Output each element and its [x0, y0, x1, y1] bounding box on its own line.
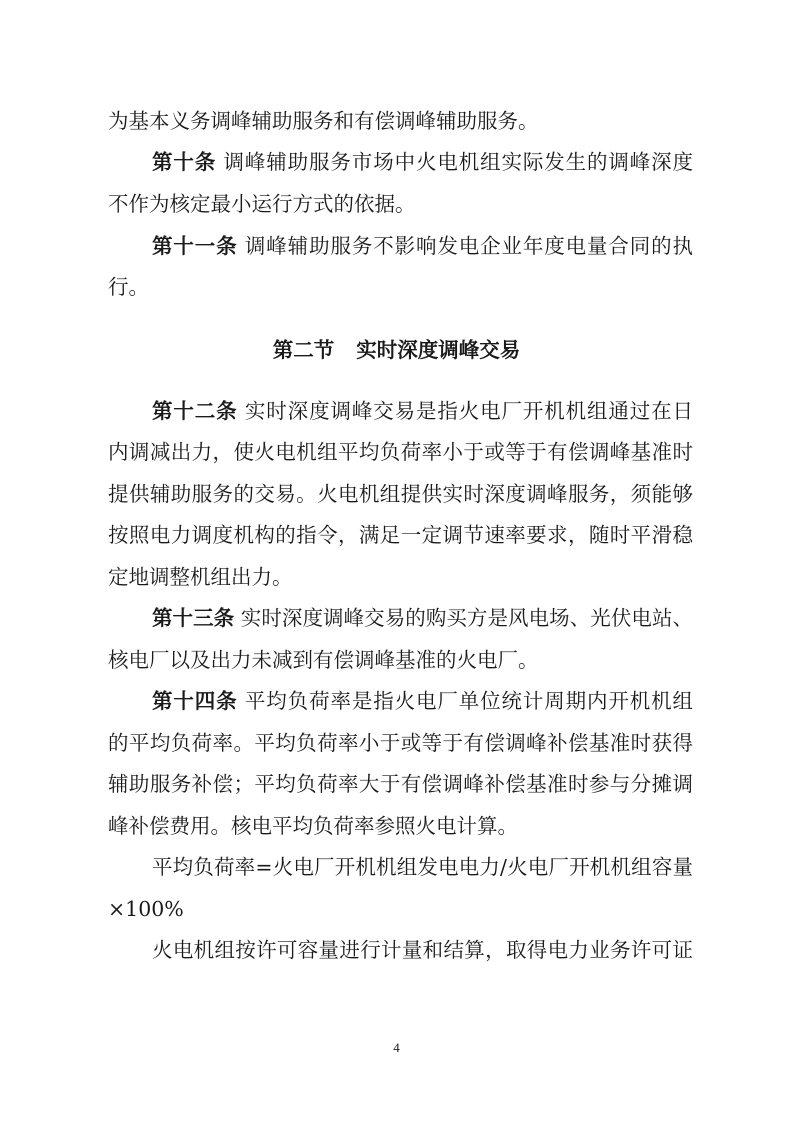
line-text: 辅助服务补偿；平均负荷率大于有偿调峰补偿基准时参与分摊调 [108, 772, 693, 796]
formula-continuation: ×100% [108, 895, 693, 923]
line-text: 定地调整机组出力。 [108, 565, 293, 589]
paragraph-line: 峰补偿费用。核电平均负荷率参照火电计算。 [108, 812, 693, 840]
line-text: 核电厂以及出力未减到有偿调峰基准的火电厂。 [108, 648, 539, 672]
paragraph-line: 火电机组按许可容量进行计量和结算，取得电力业务许可证 [152, 936, 693, 964]
formula-text: 平均负荷率=火电厂开机机组发电电力/火电厂开机机组容量 [152, 855, 693, 879]
section-number: 第二节 [273, 338, 335, 362]
line-text: 按照电力调度机构的指令，满足一定调节速率要求，随时平滑稳 [108, 523, 693, 547]
paragraph-line: 不作为核定最小运行方式的依据。 [108, 190, 693, 218]
line-text: 内调减出力，使火电机组平均负荷率小于或等于有偿调峰基准时 [108, 440, 693, 464]
article-13-line: 第十三条 实时深度调峰交易的购买方是风电场、光伏电站、 [152, 604, 693, 632]
article-label: 第十四条 [152, 689, 238, 713]
paragraph-line: 辅助服务补偿；平均负荷率大于有偿调峰补偿基准时参与分摊调 [108, 770, 693, 798]
line-text: 提供辅助服务的交易。火电机组提供实时深度调峰服务，须能够 [108, 482, 693, 506]
line-text: 实时深度调峰交易的购买方是风电场、光伏电站、 [234, 606, 693, 630]
line-text: 行。 [108, 275, 149, 299]
page-number: 4 [0, 1040, 793, 1056]
section-title: 实时深度调峰交易 [356, 338, 520, 362]
article-10-line: 第十条 调峰辅助服务市场中火电机组实际发生的调峰深度 [152, 148, 693, 176]
article-label: 第十三条 [152, 606, 234, 630]
article-label: 第十二条 [152, 399, 238, 423]
line-text: 调峰辅助服务市场中火电机组实际发生的调峰深度 [216, 150, 693, 174]
article-12-line: 第十二条 实时深度调峰交易是指火电厂开机机组通过在日 [152, 397, 693, 425]
line-text: 峰补偿费用。核电平均负荷率参照火电计算。 [108, 814, 518, 838]
article-label: 第十一条 [152, 234, 238, 258]
paragraph-line: 行。 [108, 273, 693, 301]
document-page: 为基本义务调峰辅助服务和有偿调峰辅助服务。 第十条 调峰辅助服务市场中火电机组实… [0, 0, 793, 1122]
paragraph-line: 内调减出力，使火电机组平均负荷率小于或等于有偿调峰基准时 [108, 438, 693, 466]
line-text: 的平均负荷率。平均负荷率小于或等于有偿调峰补偿基准时获得 [108, 731, 693, 755]
line-text: 实时深度调峰交易是指火电厂开机机组通过在日 [238, 399, 693, 423]
section-heading: 第二节实时深度调峰交易 [0, 336, 793, 364]
formula-line: 平均负荷率=火电厂开机机组发电电力/火电厂开机机组容量 [152, 853, 693, 881]
line-text: 平均负荷率是指火电厂单位统计周期内开机机组 [238, 689, 693, 713]
paragraph-line: 按照电力调度机构的指令，满足一定调节速率要求，随时平滑稳 [108, 521, 693, 549]
paragraph-line: 的平均负荷率。平均负荷率小于或等于有偿调峰补偿基准时获得 [108, 729, 693, 757]
article-11-line: 第十一条 调峰辅助服务不影响发电企业年度电量合同的执 [152, 232, 693, 260]
line-text: 不作为核定最小运行方式的依据。 [108, 192, 416, 216]
paragraph-line: 定地调整机组出力。 [108, 563, 693, 591]
article-14-line: 第十四条 平均负荷率是指火电厂单位统计周期内开机机组 [152, 687, 693, 715]
paragraph-line: 提供辅助服务的交易。火电机组提供实时深度调峰服务，须能够 [108, 480, 693, 508]
line-text: 为基本义务调峰辅助服务和有偿调峰辅助服务。 [108, 109, 539, 133]
paragraph-line: 核电厂以及出力未减到有偿调峰基准的火电厂。 [108, 646, 693, 674]
article-label: 第十条 [152, 150, 216, 174]
paragraph-line: 为基本义务调峰辅助服务和有偿调峰辅助服务。 [108, 107, 693, 135]
line-text: 火电机组按许可容量进行计量和结算，取得电力业务许可证 [152, 938, 693, 962]
formula-text: ×100% [108, 897, 184, 921]
line-text: 调峰辅助服务不影响发电企业年度电量合同的执 [238, 234, 693, 258]
